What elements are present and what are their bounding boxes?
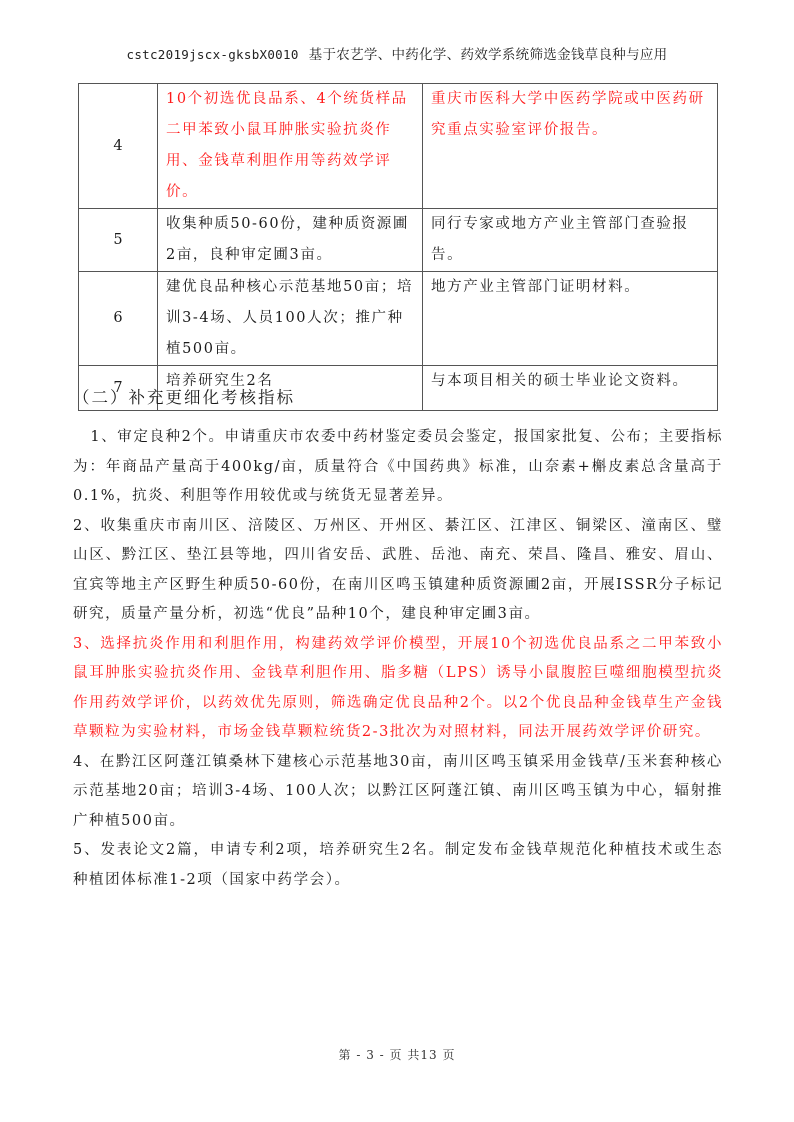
indicator-evidence: 地方产业主管部门证明材料。 <box>423 272 718 366</box>
indicator-table: 4 10个初选优良品系、4个统货样品二甲苯致小鼠耳肿胀实验抗炎作用、金钱草利胆作… <box>78 83 718 411</box>
indicator-content: 建优良品种核心示范基地50亩；培训3-4场、人员100人次；推广种植500亩。 <box>158 272 423 366</box>
section-title: （二）补充更细化考核指标 <box>73 384 295 408</box>
row-number: 4 <box>79 84 158 209</box>
indicator-evidence: 重庆市医科大学中医药学院或中医药研究重点实验室评价报告。 <box>423 84 718 209</box>
table-row: 5 收集种质50-60份，建种质资源圃2亩，良种审定圃3亩。 同行专家或地方产业… <box>79 209 718 272</box>
page-header: cstc2019jscx-gksbX0010基于农艺学、中药化学、药效学系统筛选… <box>0 43 794 63</box>
project-title: 基于农艺学、中药化学、药效学系统筛选金钱草良种与应用 <box>309 47 668 63</box>
project-code: cstc2019jscx-gksbX0010 <box>127 47 299 62</box>
indicator-item-3: 3、选择抗炎作用和利胆作用，构建药效学评价模型，开展10个初选优良品系之二甲苯致… <box>73 630 723 748</box>
indicator-evidence: 与本项目相关的硕士毕业论文资料。 <box>423 366 718 411</box>
page-number: 第 - 3 - 页 共13 页 <box>0 1046 794 1063</box>
indicator-item-1: 1、审定良种2个。申请重庆市农委中药材鉴定委员会鉴定，报国家批复、公布；主要指标… <box>73 423 723 512</box>
indicator-content: 10个初选优良品系、4个统货样品二甲苯致小鼠耳肿胀实验抗炎作用、金钱草利胆作用等… <box>158 84 423 209</box>
indicator-content: 收集种质50-60份，建种质资源圃2亩，良种审定圃3亩。 <box>158 209 423 272</box>
indicator-item-5: 5、发表论文2篇，申请专利2项，培养研究生2名。制定发布金钱草规范化种植技术或生… <box>73 836 723 895</box>
table-row: 6 建优良品种核心示范基地50亩；培训3-4场、人员100人次；推广种植500亩… <box>79 272 718 366</box>
table-row: 4 10个初选优良品系、4个统货样品二甲苯致小鼠耳肿胀实验抗炎作用、金钱草利胆作… <box>79 84 718 209</box>
row-number: 6 <box>79 272 158 366</box>
row-number: 5 <box>79 209 158 272</box>
indicator-item-2: 2、收集重庆市南川区、涪陵区、万州区、开州区、綦江区、江津区、铜梁区、潼南区、璧… <box>73 512 723 630</box>
indicator-item-4: 4、在黔江区阿蓬江镇桑林下建核心示范基地30亩，南川区鸣玉镇采用金钱草/玉米套种… <box>73 748 723 837</box>
section-body: 1、审定良种2个。申请重庆市农委中药材鉴定委员会鉴定，报国家批复、公布；主要指标… <box>73 423 723 895</box>
indicator-evidence: 同行专家或地方产业主管部门查验报告。 <box>423 209 718 272</box>
